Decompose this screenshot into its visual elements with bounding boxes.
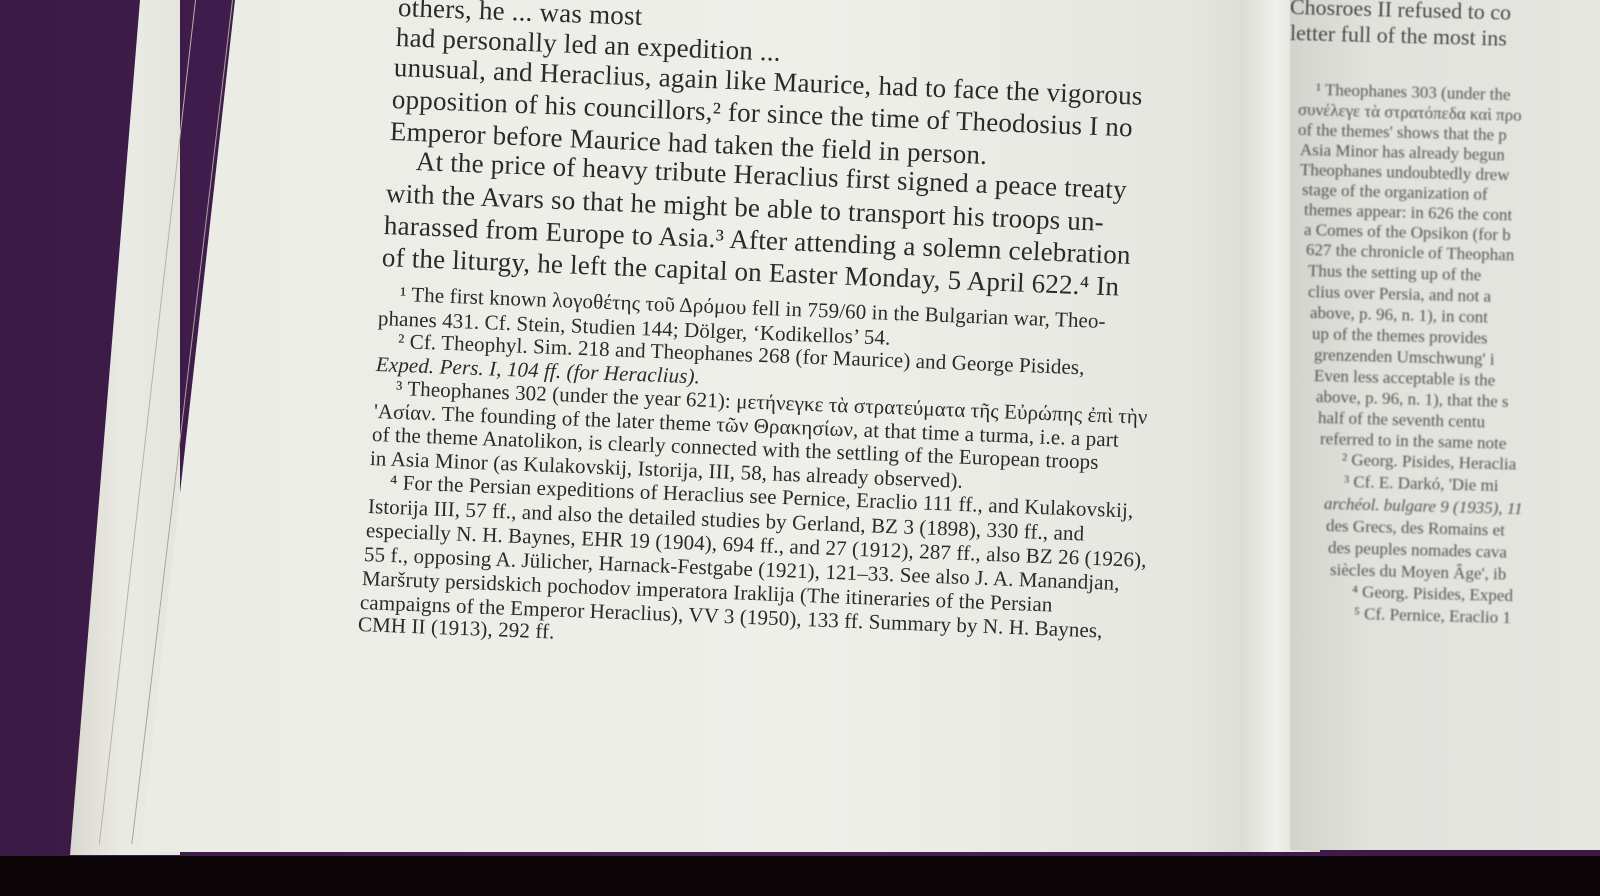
right-footnote-line: ⁵ Cf. Pernice, Eraclio 1 <box>1354 604 1511 628</box>
right-footnote-line: archéol. bulgare 9 (1935), 11 <box>1324 494 1523 519</box>
right-footnote-line: ⁴ Georg. Pisides, Exped <box>1352 582 1513 606</box>
book-photo: others, he ... was most had personally l… <box>0 0 1600 896</box>
table-shadow <box>0 856 1600 896</box>
right-footnote-line: des Grecs, des Romains et <box>1326 516 1505 541</box>
right-footnote-line: des peuples nomades cava <box>1328 538 1507 563</box>
right-footnote-line: siècles du Moyen Âge', ib <box>1330 560 1507 585</box>
right-footnote-line: ³ Cf. E. Darkó, 'Die mi <box>1344 472 1499 496</box>
right-body-line: letter full of the most ins <box>1290 20 1508 52</box>
right-footnote-line: ² Georg. Pisides, Heraclia <box>1342 450 1517 475</box>
